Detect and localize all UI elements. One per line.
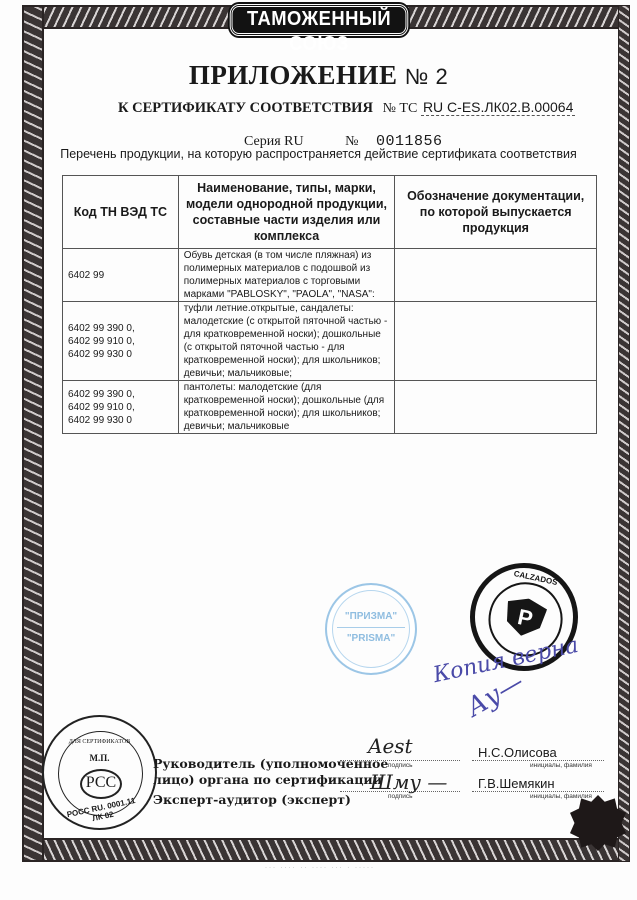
cell-doc: [395, 302, 597, 381]
expert-label: Эксперт-аудитор (эксперт): [153, 792, 351, 807]
head-signature: Aest: [368, 734, 413, 758]
head-signature-line: [340, 760, 460, 761]
expert-name: Г.В.Шемякин: [478, 776, 555, 791]
cell-code: 6402 99: [63, 249, 179, 302]
table-row: 6402 99 390 0, 6402 99 910 0, 6402 99 93…: [63, 381, 597, 434]
prisma-stamp-top: "ПРИЗМА": [327, 611, 415, 622]
head-name-line: [472, 760, 604, 761]
cell-name: Обувь детская (в том числе пляжная) из п…: [178, 249, 395, 302]
prisma-stamp-divider: [337, 627, 405, 628]
head-signature-caption: подпись: [388, 762, 413, 769]
cell-code: 6402 99 390 0, 6402 99 910 0, 6402 99 93…: [63, 381, 179, 434]
header-code: Код ТН ВЭД ТС: [63, 176, 179, 249]
prisma-stamp-bottom: "PRISMA": [327, 633, 415, 644]
cell-name: пантолеты: малодетские (для кратковремен…: [178, 381, 395, 434]
head-label-line1: Руководитель (уполномоченное: [153, 756, 388, 771]
stamp-center-label: ДЛЯ СЕРТИФИКАТОВ: [44, 739, 155, 745]
expert-name-line: [472, 791, 604, 792]
intro-text: Перечень продукции, на которую распростр…: [0, 147, 637, 161]
certification-body-stamp: ДЛЯ СЕРТИФИКАТОВ М.П. РСС РОСС RU. 0001.…: [42, 715, 157, 830]
title-text: ПРИЛОЖЕНИЕ: [189, 60, 398, 90]
subtitle-text: К СЕРТИФИКАТУ СООТВЕТСТВИЯ: [118, 100, 373, 116]
footer-print-mark: ··· ···· ·· ···· ··· · ·····: [265, 865, 375, 871]
ornamental-border-right: [618, 5, 630, 862]
table-header-row: Код ТН ВЭД ТС Наименование, типы, марки,…: [63, 176, 597, 249]
subtitle-no-label: № ТС: [383, 101, 418, 116]
page-title: ПРИЛОЖЕНИЕ № 2: [0, 60, 637, 91]
header-name: Наименование, типы, марки, модели одноро…: [178, 176, 395, 249]
certificate-number: RU C-ES.ЛК02.В.00064: [421, 99, 575, 116]
head-name: Н.С.Олисова: [478, 745, 557, 760]
certificate-page: ТАМОЖЕННЫЙ СОЮЗ ПРИЛОЖЕНИЕ № 2 К СЕРТИФИ…: [0, 0, 637, 900]
prisma-stamp: "ПРИЗМА" "PRISMA": [325, 583, 417, 675]
cell-code: 6402 99 390 0, 6402 99 910 0, 6402 99 93…: [63, 302, 179, 381]
ornamental-border-left: [22, 5, 44, 862]
customs-union-banner: ТАМОЖЕННЫЙ СОЮЗ: [230, 4, 408, 36]
title-number: № 2: [405, 64, 448, 89]
expert-signature-line: [340, 791, 460, 792]
ornamental-border-bottom: [22, 838, 630, 862]
cell-doc: [395, 249, 597, 302]
stamp-mp: М.П.: [44, 753, 155, 763]
products-table: Код ТН ВЭД ТС Наименование, типы, марки,…: [62, 175, 597, 434]
head-label-line2: лицо) органа по сертификации: [153, 772, 382, 787]
rcs-mark-icon: РСС: [80, 769, 122, 799]
table-row: 6402 99 Обувь детская (в том числе пляжн…: [63, 249, 597, 302]
certificate-subtitle: К СЕРТИФИКАТУ СООТВЕТСТВИЯ № ТС RU C-ES.…: [118, 99, 575, 117]
table-row: 6402 99 390 0, 6402 99 910 0, 6402 99 93…: [63, 302, 597, 381]
cell-name: туфли летние.открытые, сандалеты: малоде…: [178, 302, 395, 381]
head-name-caption: инициалы, фамилия: [530, 762, 592, 769]
expert-signature-caption: подпись: [388, 793, 413, 800]
cell-doc: [395, 381, 597, 434]
header-doc: Обозначение документации, по которой вып…: [395, 176, 597, 249]
